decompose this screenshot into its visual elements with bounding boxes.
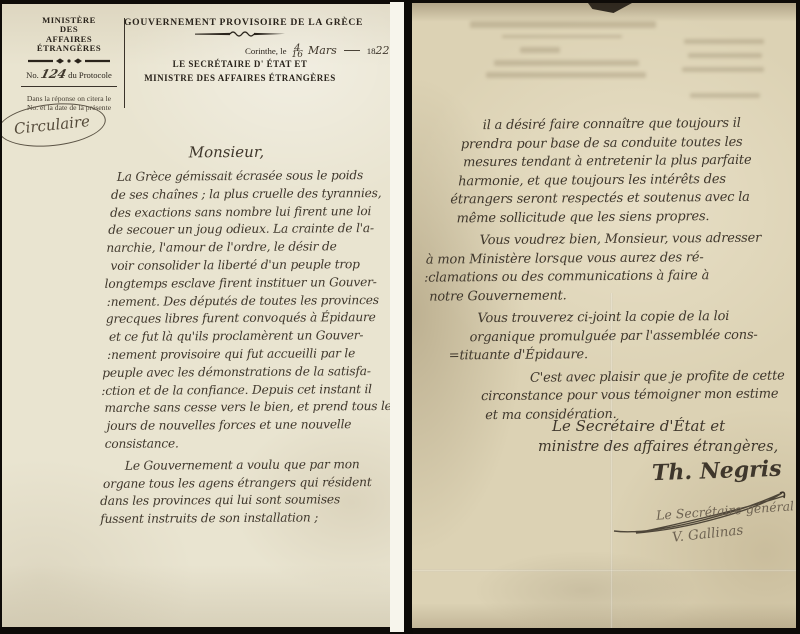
letter-line: de secouer un joug odieux. La crainte de… xyxy=(87,220,387,240)
letter-line: grecques libres furent convoqués à Épida… xyxy=(88,309,388,329)
scanned-letter-document: MINISTÈRE DES AFFAIRES ÉTRANGÈRES No. 12… xyxy=(0,0,800,634)
government-title: GOUVERNEMENT PROVISOIRE DE LA GRÈCE xyxy=(124,17,356,28)
dateline-year-printed: 18 xyxy=(367,46,376,56)
letter-line: jours de nouvelles forces et une nouvell… xyxy=(89,416,389,436)
ink-bleed-ghost xyxy=(684,39,764,44)
letter-body-page2: il a désiré faire connaître que toujours… xyxy=(423,114,796,425)
letter-line: La Grèce gémissait écrasée sous le poids xyxy=(87,167,387,187)
salutation: Monsieur, xyxy=(189,142,387,161)
ministry-stamp-box: MINISTÈRE DES AFFAIRES ÉTRANGÈRES No. 12… xyxy=(14,16,124,113)
letter-line: consistance. xyxy=(89,434,389,454)
letter-line: :nement. Des députés de toutes les provi… xyxy=(88,292,388,312)
letter-page-2: il a désiré faire connaître que toujours… xyxy=(412,3,796,628)
letter-line: narchie, l'amour de l'ordre, le désir de xyxy=(87,238,387,258)
dateline-year-handwritten: 22. xyxy=(376,44,390,57)
letter-line: organique promulguée par l'assemblée con… xyxy=(425,326,796,348)
letter-line: notre Gouvernement. xyxy=(424,285,796,307)
closing-title-line2: ministre des affaires étrangères, xyxy=(538,439,778,455)
letter-line: dans les provinces qui lui sont soumises xyxy=(89,491,389,511)
protocol-no-label: No. xyxy=(26,70,39,80)
stamp-box-rule xyxy=(21,86,117,87)
reply-note-line: Dans la réponse on citera le xyxy=(14,94,124,104)
day-denominator: 16 xyxy=(292,52,303,59)
protocol-of-label: du Protocole xyxy=(68,70,112,80)
letter-line: circonstance pour vous témoigner mon est… xyxy=(425,385,796,407)
letter-line: mesures tendant à entretenir la plus par… xyxy=(423,151,795,173)
letter-line: voir consolider la liberté d'un peuple t… xyxy=(87,256,387,276)
letter-line: Vous voudrez bien, Monsieur, vous adress… xyxy=(424,229,796,251)
letter-line: =tituante d'Épidaure. xyxy=(425,344,796,366)
letter-line: peuple avec les démonstrations de la sat… xyxy=(88,363,388,383)
office-title-line: LE SECRÉTAIRE D' ÉTAT ET xyxy=(124,59,356,69)
protocol-number-handwritten: 124 xyxy=(39,67,68,81)
ink-bleed-ghost xyxy=(690,93,760,98)
dateline-month: Mars xyxy=(308,44,337,57)
title-ornament-rule xyxy=(193,30,287,39)
letter-line: fussent instruits de son installation ; xyxy=(89,509,389,529)
letter-line: étrangers seront respectés et soutenus a… xyxy=(423,188,795,210)
protocol-number-row: No. 124 du Protocole xyxy=(14,67,124,81)
letter-page-1: MINISTÈRE DES AFFAIRES ÉTRANGÈRES No. 12… xyxy=(2,4,390,627)
letter-line: Le Gouvernement a voulu que par mon xyxy=(89,456,389,476)
pen-dash xyxy=(344,50,360,51)
letter-line: longtemps esclave firent instituer un Go… xyxy=(88,274,388,294)
ink-bleed-ghost xyxy=(688,53,762,58)
paper-crease xyxy=(412,569,796,572)
paper-fold-notch xyxy=(588,3,632,13)
letter-line: :nement provisoire qui fut accueilli par… xyxy=(88,345,388,365)
dateline: Corinthe, le 416 Mars 1822. xyxy=(245,41,390,59)
letter-line: même sollicitude que les siens propres. xyxy=(423,207,795,229)
dateline-day-fraction: 416 xyxy=(292,45,303,59)
ink-bleed-ghost xyxy=(494,60,639,66)
ministry-title-line: AFFAIRES ÉTRANGÈRES xyxy=(14,35,124,54)
dateline-printed-prefix: Corinthe, le xyxy=(245,46,287,56)
letter-line: :ction et de la confiance. Depuis cet in… xyxy=(88,381,388,401)
ink-bleed-ghost xyxy=(470,21,656,28)
office-title: LE SECRÉTAIRE D' ÉTAT ET MINISTRE DES AF… xyxy=(124,59,356,83)
letter-line: de ses chaînes ; la plus cruelle des tyr… xyxy=(87,185,387,205)
closing-title-line1: Le Secrétaire d'État et xyxy=(552,417,725,435)
stamp-ornament-divider xyxy=(26,57,112,65)
letter-line: marche sans cesse vers le bien, et prend… xyxy=(88,398,388,418)
circulaire-stamp-label: Circulaire xyxy=(13,112,91,138)
ink-bleed-ghost xyxy=(682,67,764,72)
letter-line: organe tous les agens étrangers qui rési… xyxy=(89,473,389,493)
office-title-line: MINISTRE DES AFFAIRES ÉTRANGÈRES xyxy=(124,73,356,83)
letter-body-page1: Monsieur, La Grèce gémissait écrasée sou… xyxy=(87,142,390,529)
ink-bleed-ghost xyxy=(520,47,560,53)
binding-gap xyxy=(390,2,405,632)
ink-bleed-ghost xyxy=(502,35,622,38)
letter-line: et ce fut là qu'ils proclamèrent un Gouv… xyxy=(88,327,388,347)
ink-bleed-ghost xyxy=(486,72,646,78)
letter-line: des exactions sans nombre lui firent une… xyxy=(87,203,387,223)
signature: Th. Negris xyxy=(652,456,782,487)
